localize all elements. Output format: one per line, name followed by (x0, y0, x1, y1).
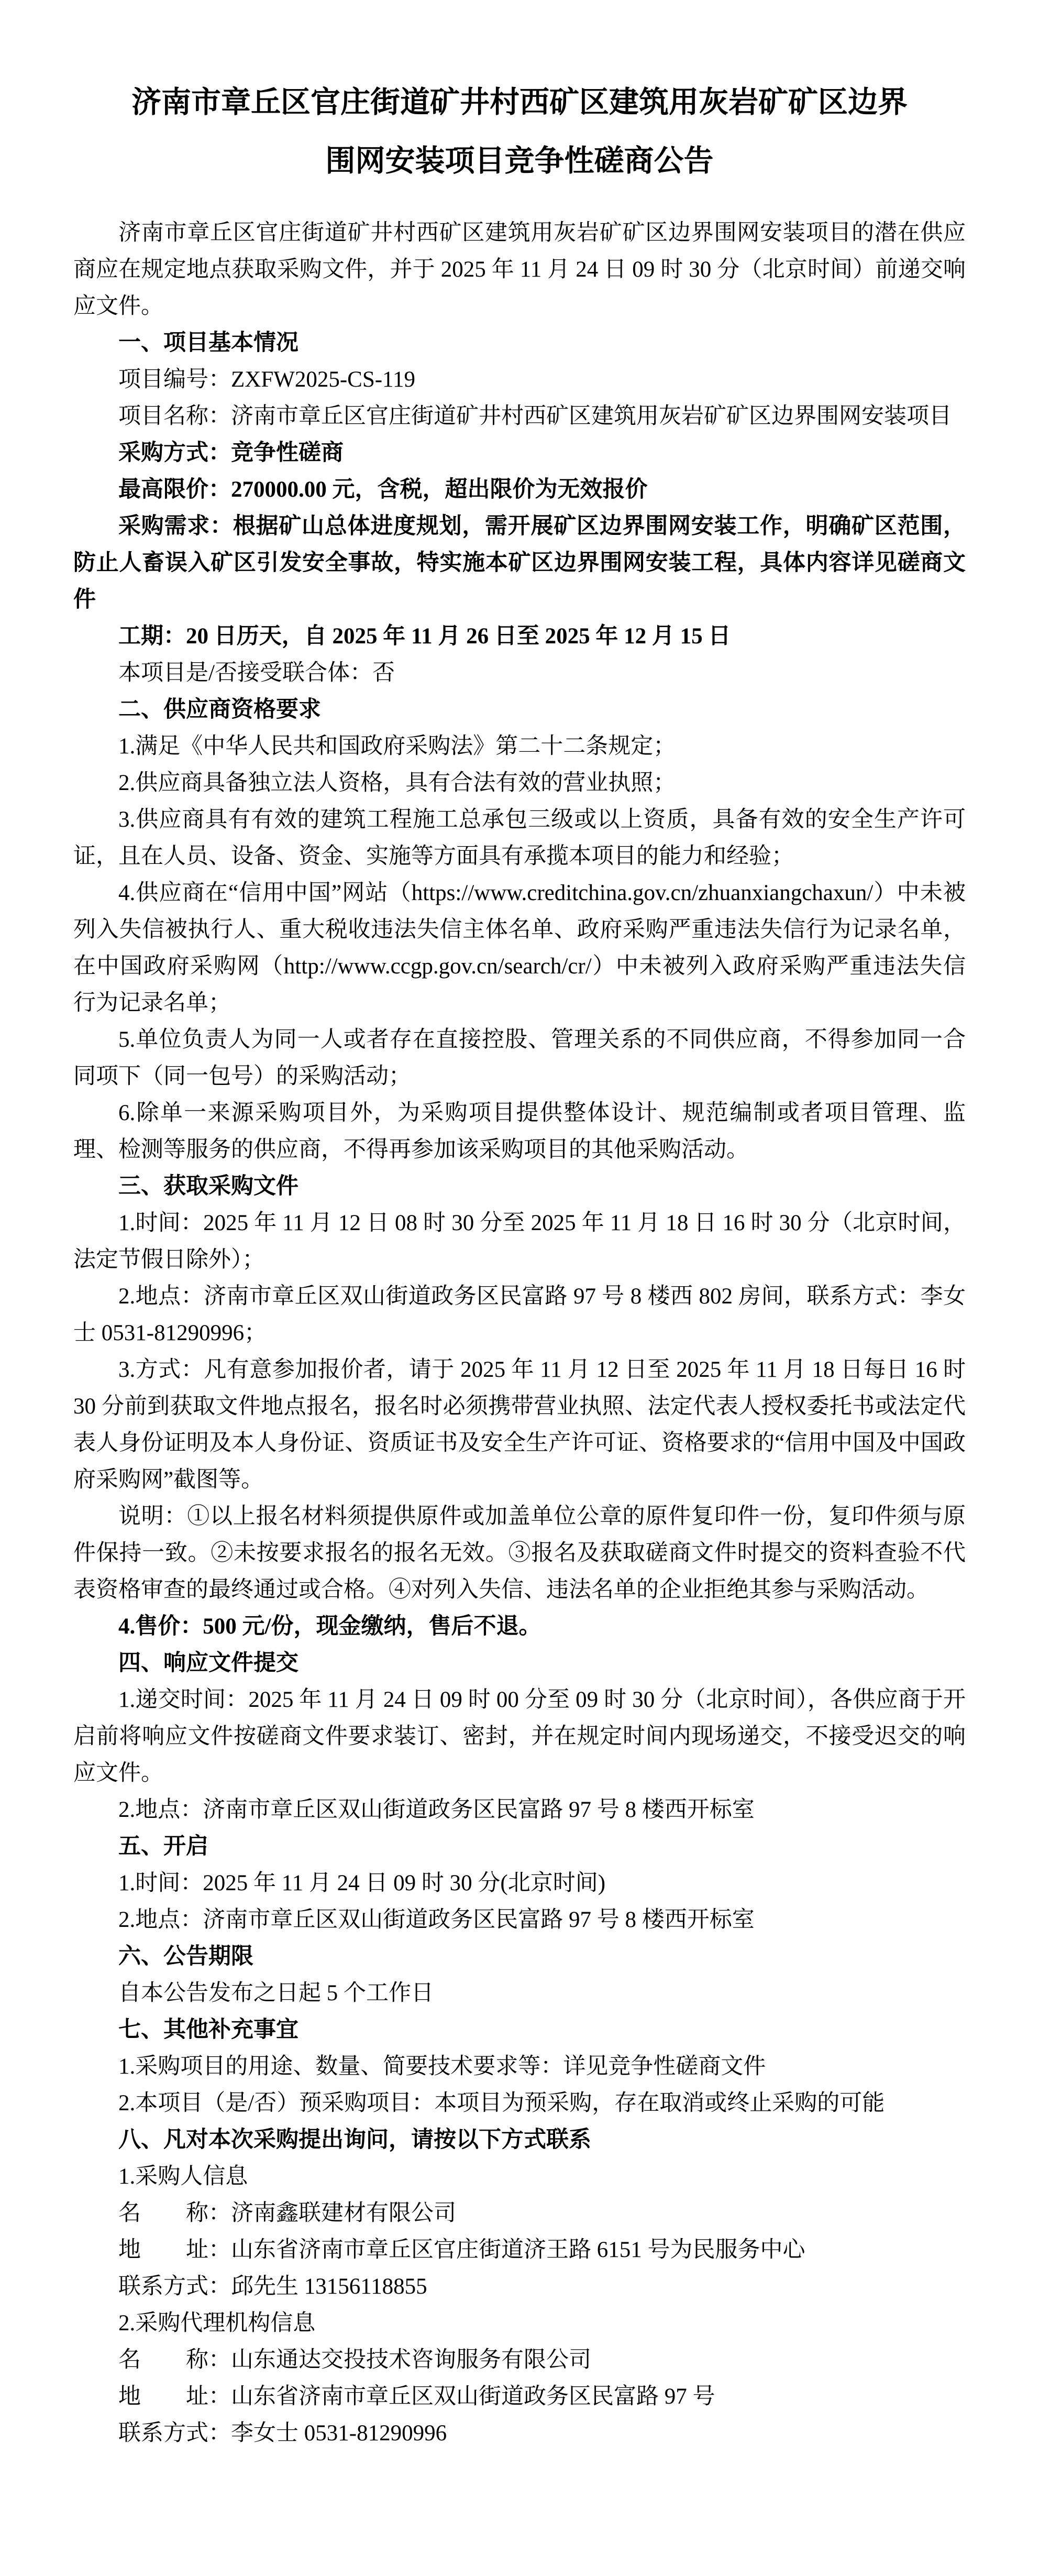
project-number: 项目编号：ZXFW2025-CS-119 (73, 361, 966, 398)
section-1-heading: 一、项目基本情况 (73, 325, 966, 361)
supplement-item-1: 1.采购项目的用途、数量、简要技术要求等：详见竞争性磋商文件 (73, 2048, 966, 2085)
submission-place: 2.地点：济南市章丘区双山街道政务区民富路 97 号 8 楼西开标室 (73, 1792, 966, 1828)
section-4-heading: 四、响应文件提交 (73, 1645, 966, 1682)
purchaser-name: 名 称：济南鑫联建材有限公司 (73, 2195, 966, 2232)
qualification-item-6: 6.除单一来源采购项目外，为采购项目提供整体设计、规范编制或者项目管理、监理、检… (73, 1095, 966, 1168)
section-5-heading: 五、开启 (73, 1828, 966, 1865)
procurement-requirement: 采购需求：根据矿山总体进度规划，需开展矿区边界围网安装工作，明确矿区范围，防止人… (73, 508, 966, 618)
purchaser-contact: 联系方式：邱先生 13156118855 (73, 2268, 966, 2305)
agency-address: 地 址：山东省济南市章丘区双山街道政务区民富路 97 号 (73, 2378, 966, 2415)
section-7-heading: 七、其他补充事宜 (73, 2012, 966, 2048)
consortium-acceptance: 本项目是/否接受联合体：否 (73, 655, 966, 692)
announcement-period: 自本公告发布之日起 5 个工作日 (73, 1975, 966, 2012)
qualification-item-1: 1.满足《中华人民共和国政府采购法》第二十二条规定； (73, 728, 966, 765)
purchaser-address: 地 址：山东省济南市章丘区官庄街道济王路 6151 号为民服务中心 (73, 2232, 966, 2268)
submission-time: 1.递交时间：2025 年 11 月 24 日 09 时 00 分至 09 时 … (73, 1682, 966, 1792)
section-6-heading: 六、公告期限 (73, 1938, 966, 1975)
document-obtain-time: 1.时间：2025 年 11 月 12 日 08 时 30 分至 2025 年 … (73, 1205, 966, 1278)
construction-period: 工期：20 日历天，自 2025 年 11 月 26 日至 2025 年 12 … (73, 618, 966, 655)
section-2-heading: 二、供应商资格要求 (73, 692, 966, 728)
qualification-item-2: 2.供应商具备独立法人资格，具有合法有效的营业执照； (73, 765, 966, 802)
section-3-heading: 三、获取采购文件 (73, 1168, 966, 1205)
agency-name: 名 称：山东通达交投技术咨询服务有限公司 (73, 2342, 966, 2378)
purchaser-info-label: 1.采购人信息 (73, 2158, 966, 2195)
max-price-limit: 最高限价：270000.00 元，含税，超出限价为无效报价 (73, 472, 966, 508)
opening-time: 1.时间：2025 年 11 月 24 日 09 时 30 分(北京时间) (73, 1865, 966, 1902)
opening-place: 2.地点：济南市章丘区双山街道政务区民富路 97 号 8 楼西开标室 (73, 1902, 966, 1938)
qualification-item-5: 5.单位负责人为同一人或者存在直接控股、管理关系的不同供应商，不得参加同一合同项… (73, 1022, 966, 1095)
qualification-item-4: 4.供应商在“信用中国”网站（https://www.creditchina.g… (73, 875, 966, 1022)
document-price: 4.售价：500 元/份，现金缴纳，售后不退。 (73, 1608, 966, 1645)
section-8-heading: 八、凡对本次采购提出询问，请按以下方式联系 (73, 2122, 966, 2158)
agency-info-label: 2.采购代理机构信息 (73, 2305, 966, 2342)
supplement-item-2: 2.本项目（是/否）预采购项目：本项目为预采购，存在取消或终止采购的可能 (73, 2085, 966, 2122)
agency-contact: 联系方式：李女士 0531-81290996 (73, 2415, 966, 2452)
procurement-method: 采购方式：竞争性磋商 (73, 435, 966, 472)
document-obtain-notes: 说明：①以上报名材料须提供原件或加盖单位公章的原件复印件一份，复印件须与原件保持… (73, 1498, 966, 1608)
intro-paragraph: 济南市章丘区官庄街道矿井村西矿区建筑用灰岩矿矿区边界围网安装项目的潜在供应商应在… (73, 215, 966, 325)
document-obtain-place: 2.地点：济南市章丘区双山街道政务区民富路 97 号 8 楼西 802 房间，联… (73, 1278, 966, 1352)
qualification-item-3: 3.供应商具有有效的建筑工程施工总承包三级或以上资质，具备有效的安全生产许可证，… (73, 802, 966, 875)
project-name: 项目名称：济南市章丘区官庄街道矿井村西矿区建筑用灰岩矿矿区边界围网安装项目 (73, 398, 966, 435)
announcement-document: 济南市章丘区官庄街道矿井村西矿区建筑用灰岩矿矿区边界围网安装项目竞争性磋商公告 … (0, 0, 1039, 2576)
document-obtain-method: 3.方式：凡有意参加报价者，请于 2025 年 11 月 12 日至 2025 … (73, 1352, 966, 1498)
document-title: 济南市章丘区官庄街道矿井村西矿区建筑用灰岩矿矿区边界围网安装项目竞争性磋商公告 (119, 73, 920, 191)
